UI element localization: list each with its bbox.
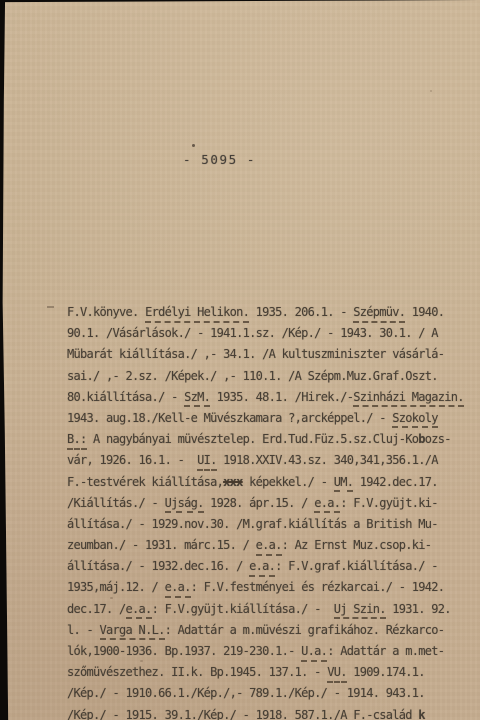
text-segment: e.a. [314, 496, 340, 514]
text-line: dec.17. /e.a.: F.V.gyüjt.kiállítása./ - … [67, 599, 471, 620]
text-segment: 1928. ápr.15. / [204, 496, 315, 510]
text-segment: : F.V.gyüjt.kiállítása./ - [152, 602, 334, 616]
text-segment: ozs- [425, 432, 451, 446]
text-line: lók,1900-1936. Bp.1937. 219-230.1.- U.a.… [67, 641, 471, 662]
text-line: Mübarát kiállítása./ ,- 34.1. /A kultusz… [67, 344, 471, 365]
text-segment: F.-testvérek kiállítása, [67, 475, 223, 489]
text-segment: 80.kiállítása./ - [67, 390, 184, 404]
text-segment: Varga N.L. [100, 623, 165, 641]
text-segment: sai./ ,- 2.sz. /Képek./ ,- 110.1. /A Szé… [67, 369, 438, 383]
page-number: - 5095 - [183, 152, 256, 167]
text-segment: : F.V.gyüjt.ki- [340, 496, 438, 510]
text-segment: B.: [67, 432, 87, 450]
text-segment: 1943. aug.18./Kell-e Müvészkamara ?,arck… [67, 411, 392, 425]
text-segment: F.V.könyve. [67, 305, 145, 319]
text-segment: /Kiállítás./ - [67, 496, 165, 510]
text-segment: 1935. 48.1. /Hirek./- [210, 390, 353, 404]
text-segment: Ujság. [165, 496, 204, 514]
text-segment: dec.17. / [67, 602, 126, 616]
text-line: zeumban./ - 1931. márc.15. / e.a.: Az Er… [67, 535, 471, 556]
text-line: l. - Varga N.L.: Adattár a m.müvészi gra… [67, 620, 471, 641]
text-segment: 1940. [405, 305, 444, 319]
text-segment: Szépmüv. [353, 305, 405, 323]
margin-mark [47, 306, 54, 308]
text-line: /Kép./ - 1910.66.1./Kép./,- 789.1./Kép./… [67, 683, 471, 704]
text-line: vár, 1926. 16.1. - UI. 1918.XXIV.43.sz. … [67, 450, 471, 471]
text-segment: képekkel./ - [243, 475, 334, 489]
text-line: F.-testvérek kiállítása,xxx képekkel./ -… [67, 472, 471, 493]
text-line: szőmüvészethez. II.k. Bp.1945. 137.1. - … [67, 662, 471, 683]
text-line: állítása./ - 1932.dec.16. / e.a.: F.V.gr… [67, 556, 471, 577]
text-segment: Szokoly [392, 411, 438, 429]
text-segment: l. - [67, 623, 100, 637]
text-segment: k [418, 708, 425, 720]
text-line: F.V.könyve. Erdélyi Helikon. 1935. 206.1… [67, 302, 471, 323]
text-segment: : Adattár a m.met- [327, 644, 444, 658]
text-segment: szőmüvészethez. II.k. Bp.1945. 137.1. - [67, 665, 327, 679]
text-segment: /Kép./ - 1915. 39.1./Kép./ - 1918. 587.1… [67, 708, 418, 720]
text-segment: 1931. 92. [386, 602, 451, 616]
text-segment: UI. [197, 453, 217, 471]
text-line: 1935,máj.12. / e.a.: F.V.festményei és r… [67, 577, 471, 598]
text-segment: VU. [327, 665, 347, 683]
text-segment: : F.V.graf.kiállítása./ - [275, 559, 438, 573]
text-line: állítása./ - 1929.nov.30. /M.graf.kiállí… [67, 514, 471, 535]
text-segment: állítása./ - 1929.nov.30. /M.graf.kiállí… [67, 517, 438, 531]
text-segment: UM. [334, 475, 354, 493]
text-segment: : Az Ernst Muz.csop.ki- [282, 538, 432, 552]
text-segment: 1942.dec.17. [353, 475, 438, 489]
typewritten-text: F.V.könyve. Erdélyi Helikon. 1935. 206.1… [67, 302, 471, 720]
text-segment: 1935,máj.12. / [67, 580, 165, 594]
text-line: /Kép./ - 1915. 39.1./Kép./ - 1918. 587.1… [67, 705, 471, 720]
text-line: 80.kiállítása./ - SzM. 1935. 48.1. /Hire… [67, 387, 471, 408]
scanned-page: - 5095 - F.V.könyve. Erdélyi Helikon. 19… [0, 0, 480, 720]
text-line: B.: A nagybányai müvésztelep. Erd.Tud.Fü… [67, 429, 471, 450]
text-segment: állítása./ - 1932.dec.16. / [67, 559, 249, 573]
text-segment: : F.V.festményei és rézkarcai./ - 1942. [191, 580, 445, 594]
text-segment: lók,1900-1936. Bp.1937. 219-230.1.- [67, 644, 301, 658]
text-segment: /Kép./ - 1910.66.1./Kép./,- 789.1./Kép./… [67, 686, 425, 700]
text-line: /Kiállítás./ - Ujság. 1928. ápr.15. / e.… [67, 493, 471, 514]
text-segment: : Adattár a m.müvészi grafikához. Rézkar… [165, 623, 445, 637]
text-segment: U.a. [301, 644, 327, 662]
text-segment: Mübarát kiállítása./ ,- 34.1. /A kultusz… [67, 347, 444, 361]
text-segment: 1935. 206.1. - [249, 305, 353, 319]
text-line: 90.1. /Vásárlások./ - 1941.1.sz. /Kép./ … [67, 323, 471, 344]
text-segment: vár, 1926. 16.1. - [67, 453, 197, 467]
text-segment: Uj Szin. [334, 602, 386, 620]
text-segment: A nagybányai müvésztelep. Erd.Tud.Füz.5.… [87, 432, 419, 446]
text-segment: Szinházi Magazin. [353, 390, 464, 408]
text-segment: e.a. [249, 559, 275, 577]
text-segment: Erdélyi Helikon. [145, 305, 249, 323]
text-segment: SzM. [184, 390, 210, 408]
text-segment: zeumban./ - 1931. márc.15. / [67, 538, 256, 552]
text-segment: e.a. [126, 602, 152, 620]
text-segment: xxx [223, 475, 243, 489]
text-segment: e.a. [165, 580, 191, 598]
text-segment: 90.1. /Vásárlások./ - 1941.1.sz. /Kép./ … [67, 326, 438, 340]
text-segment: 1918.XXIV.43.sz. 340,341,356.1./A [217, 453, 438, 467]
text-segment: 1909.174.1. [347, 665, 425, 679]
text-line: sai./ ,- 2.sz. /Képek./ ,- 110.1. /A Szé… [67, 366, 471, 387]
text-line: 1943. aug.18./Kell-e Müvészkamara ?,arck… [67, 408, 471, 429]
text-segment: e.a. [256, 538, 282, 556]
